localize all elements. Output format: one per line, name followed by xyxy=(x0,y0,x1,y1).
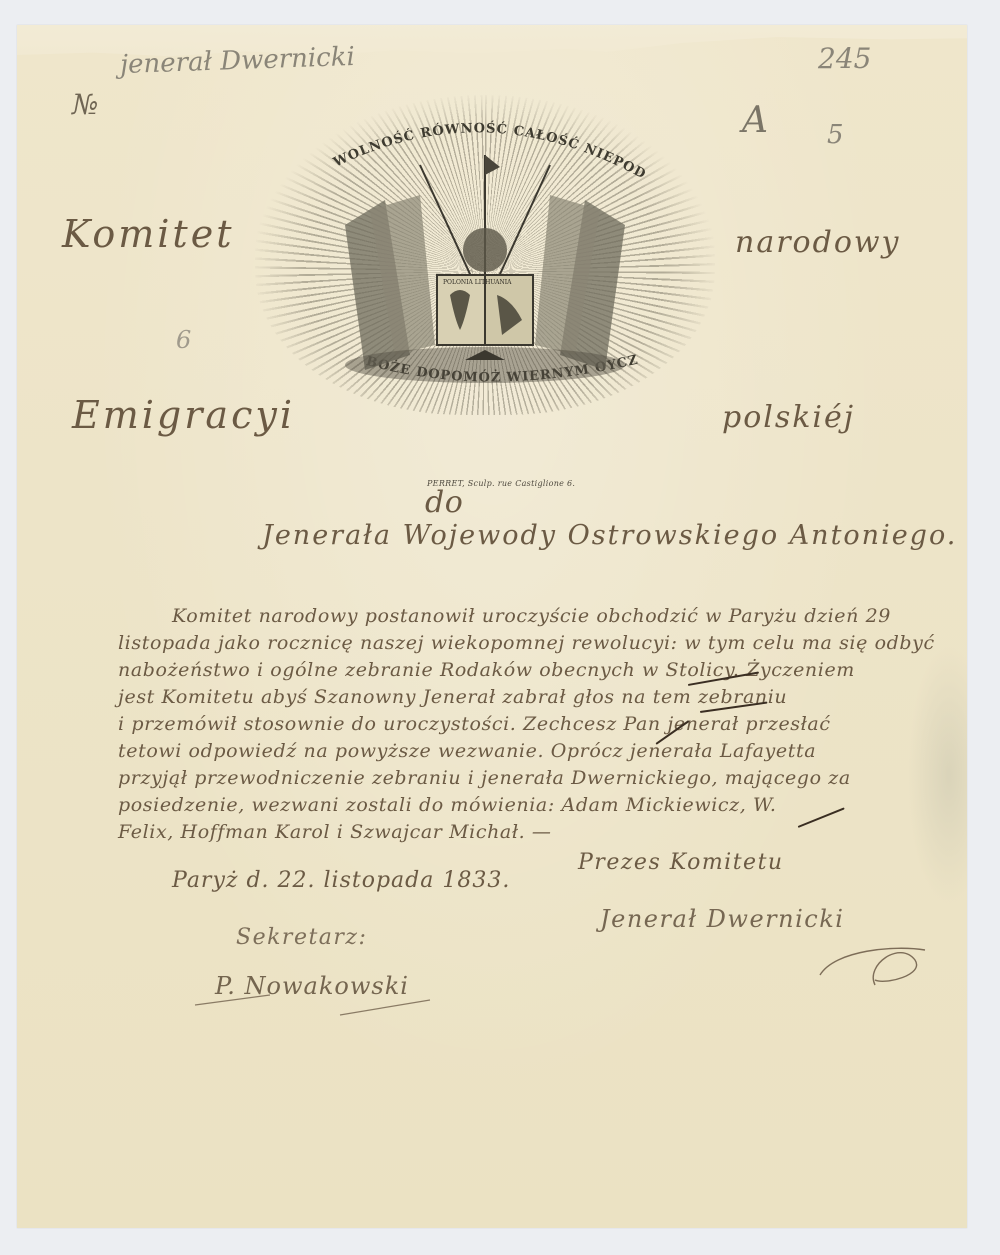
body-line-6: tetowi odpowiedź na powyższe wezwanie. O… xyxy=(118,740,816,762)
body-line-1: Komitet narodowy postanowił uroczyście o… xyxy=(172,605,891,627)
place-date: Paryż d. 22. listopada 1833. xyxy=(172,868,510,893)
heading-do: do xyxy=(425,485,463,520)
secretary-flourish xyxy=(190,975,440,1025)
body-line-5: i przemówił stosownie do uroczystości. Z… xyxy=(118,713,831,735)
trophy-of-arms-illustration: POLONIA LITHUANIA xyxy=(325,155,645,385)
catalog-number: 245 xyxy=(818,42,871,75)
body-line-7: przyjął przewodniczenie zebraniu i jener… xyxy=(118,767,851,789)
faint-mark: 6 xyxy=(176,326,191,354)
letterhead-emblem: WOLNOŚĆ RÓWNOŚĆ CAŁOŚĆ NIEPODLEGŁOŚĆ BOŻ… xyxy=(255,95,715,415)
body-line-2: listopada jako rocznicę naszej wiekopomn… xyxy=(118,632,935,654)
secretary-title: Sekretarz: xyxy=(236,925,367,950)
heading-komitet: Komitet xyxy=(62,212,234,256)
heading-emigracyi: Emigracyi xyxy=(72,393,295,437)
body-line-8: posiedzenie, wezwani zostali do mówienia… xyxy=(118,794,777,816)
svg-text:POLONIA LITHUANIA: POLONIA LITHUANIA xyxy=(443,279,512,286)
heading-polskiej: polskiéj xyxy=(722,400,855,435)
body-line-3: nabożeństwo i ogólne zebranie Rodaków ob… xyxy=(118,659,855,681)
president-title: Prezes Komitetu xyxy=(578,850,784,875)
letter-mark: A xyxy=(742,100,768,141)
number-prefix: № xyxy=(72,88,99,121)
water-stain xyxy=(907,645,967,905)
president-signature: Jenerał Dwernicki xyxy=(600,905,844,933)
digit-mark: 5 xyxy=(827,120,844,150)
heading-narodowy: narodowy xyxy=(735,225,901,260)
signature-flourish xyxy=(815,930,935,990)
body-line-9: Felix, Hoffman Karol i Szwajcar Michał. … xyxy=(118,821,551,843)
body-line-4: jest Komitetu abyś Szanowny Jenerał zabr… xyxy=(118,686,787,708)
addressee: Jenerała Wojewody Ostrowskiego Antoniego… xyxy=(262,520,957,551)
